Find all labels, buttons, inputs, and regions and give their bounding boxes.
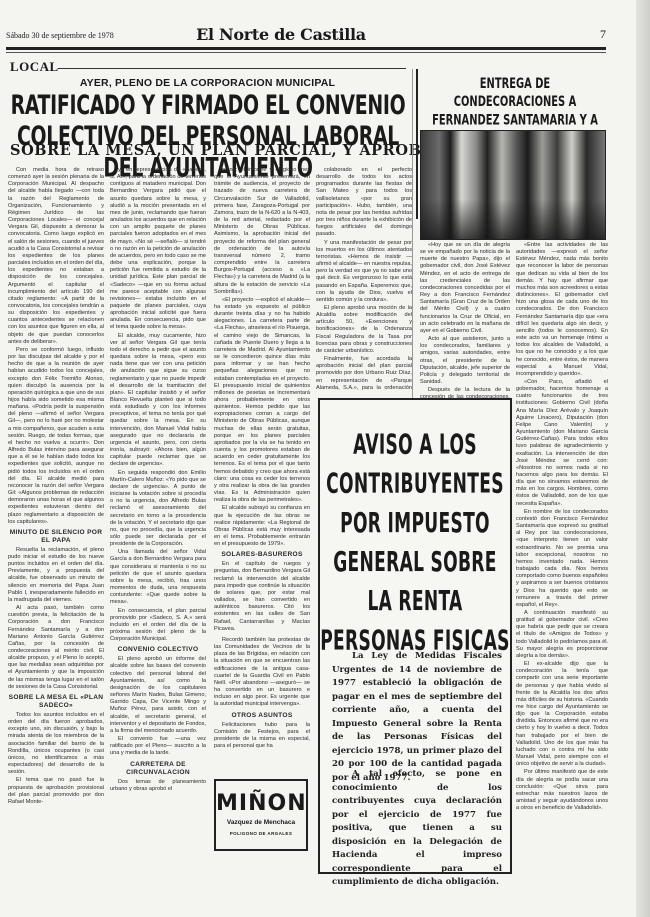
paragraph: El convenio fue —una vez ratificado por … [110, 736, 206, 757]
section-rule [58, 68, 406, 69]
issue-date: Sábado 30 de septiembre de 1978 [6, 31, 114, 40]
section-label: LOCAL [10, 59, 59, 75]
masthead: Sábado 30 de septiembre de 1978 El Norte… [6, 25, 606, 47]
article-column-3-continued: Recordó también las protestas de las Com… [214, 637, 310, 757]
crosshead-plan-sadeco: SOBRE LA MESA EL «PLAN SADECO» [8, 694, 104, 710]
article-subheadline: SOBRE LA MESA, UN PLAN PARCIAL, Y APROBA… [10, 142, 408, 159]
paragraph: Dos temas de planeamiento urbano y obras… [110, 779, 206, 793]
paragraph: Al acta pasó, también como cuestión prev… [8, 605, 104, 691]
paragraph: A continuación manifestó su gratitud al … [516, 610, 608, 660]
paragraph: Recordó también las protestas de las Com… [214, 637, 310, 709]
paragraph: El tema que no pasó fue la propuesta de … [8, 777, 104, 806]
article-column-1: Con media hora de retraso comenzó ayer l… [8, 167, 104, 912]
paragraph: colaborado en el perfecto desarrollo de … [316, 167, 412, 239]
paragraph: Una llamada del señor Vidal García a don… [110, 549, 206, 606]
masthead-rule [6, 47, 606, 50]
paragraph: En el capítulo de ruegos y preguntas, do… [214, 561, 310, 633]
paragraph: En nombre de los condecorados contestó d… [516, 509, 608, 609]
crosshead-minuto-silencio: MINUTO DE SILENCIO POR EL PAPA [8, 529, 104, 545]
paragraph: pleno: el informe y elogioso mes que el … [214, 167, 310, 296]
masthead-rule-thin [6, 52, 606, 53]
notice-title: AVISO A LOS CONTRIBUYENTES POR IMPUESTO … [320, 426, 510, 661]
ad-brand-name: MIÑON [216, 791, 306, 816]
newspaper-logo: El Norte de Castilla [186, 25, 376, 44]
crosshead-convenio: CONVENIO COLECTIVO [110, 646, 206, 654]
paragraph: Pero se conformó luego, influido por las… [8, 347, 104, 526]
ad-address: Vazquez de Menchaca [216, 819, 306, 826]
paragraph: El pleno aprobó un informe del alcalde s… [110, 656, 206, 735]
newspaper-page: Sábado 30 de septiembre de 1978 El Norte… [0, 0, 636, 917]
paragraph: «El proyecto —explicó el alcalde— ha est… [214, 297, 310, 505]
paragraph: El alcalde subrayó su confianza en que l… [214, 505, 310, 548]
crosshead-otros-asuntos: OTROS ASUNTOS [214, 712, 310, 720]
crosshead-solares: SOLARES-BASUREROS [214, 551, 310, 559]
side-article-column-1: «Hoy que se un día de alegría se ve empa… [420, 242, 510, 402]
paragraph: En consecuencia, el plan parcial promovi… [110, 608, 206, 644]
paragraph: «Con Paco, añadió el gobernador, hacemos… [516, 379, 608, 508]
crosshead-carretera: CARRETERA DE CIRCUNVALACION [110, 761, 206, 777]
article-column-2: ya en representación de «Sadeco, S. A.»,… [110, 167, 206, 912]
paragraph: Y una manifestación de pesar por los mue… [316, 240, 412, 304]
minon-advertisement: MIÑON Vazquez de Menchaca POLIGONO DE AR… [214, 779, 308, 851]
paragraph: El pleno aprobó una moción de la Alcaldí… [316, 305, 412, 355]
article-column-3: pleno: el informe y elogioso mes que el … [214, 167, 310, 637]
ceremony-photo [420, 130, 606, 240]
notice-paragraph-2: A tal efecto, se pone en conocimiento de… [332, 768, 502, 890]
paragraph: El alcalde, muy cucamente, hizo ver al s… [110, 333, 206, 469]
paragraph: ya en representación de «Sadeco, S. A.»,… [110, 167, 206, 332]
paragraph: Finalmente, fue acordada la aprobación i… [316, 356, 412, 391]
ad-tagline: POLIGONO DE ARGALES [216, 831, 306, 836]
paragraph: Todos los asuntos incluidos en el orden … [8, 712, 104, 776]
notice-paragraph-1: La Ley de Medidas Fiscales Urgentes de 1… [332, 650, 502, 785]
paragraph: «Entre las actividades de las autoridade… [516, 242, 608, 378]
paragraph: Con media hora de retraso comenzó ayer l… [8, 167, 104, 346]
column-divider [412, 69, 413, 399]
page-edge-shadow [636, 0, 650, 917]
paragraph: Acto al que asistieron, junto a los cond… [420, 336, 510, 386]
paragraph: «Hoy que se un día de alegría se ve empa… [420, 242, 510, 335]
article-column-4: colaborado en el perfecto desarrollo de … [316, 167, 412, 391]
paragraph: Por último manifestó que de este día de … [516, 769, 608, 812]
tax-notice-advertisement: AVISO A LOS CONTRIBUYENTES POR IMPUESTO … [318, 398, 512, 874]
paragraph: En seguida respondió don Emilio Martín-C… [110, 470, 206, 549]
paragraph: El ex-alcalde dijo que la condecoración … [516, 661, 608, 768]
article-kicker: AYER, PLENO DE LA CORPORACION MUNICIPAL [10, 77, 405, 89]
side-article-column-2: «Entre las actividades de las autoridade… [516, 242, 608, 917]
page-number: 7 [600, 27, 606, 42]
paragraph: Resuelta la reclamación, el pleno pudo i… [8, 547, 104, 604]
paragraph: Felicitaciones hubo para la Comisión de … [214, 722, 310, 751]
